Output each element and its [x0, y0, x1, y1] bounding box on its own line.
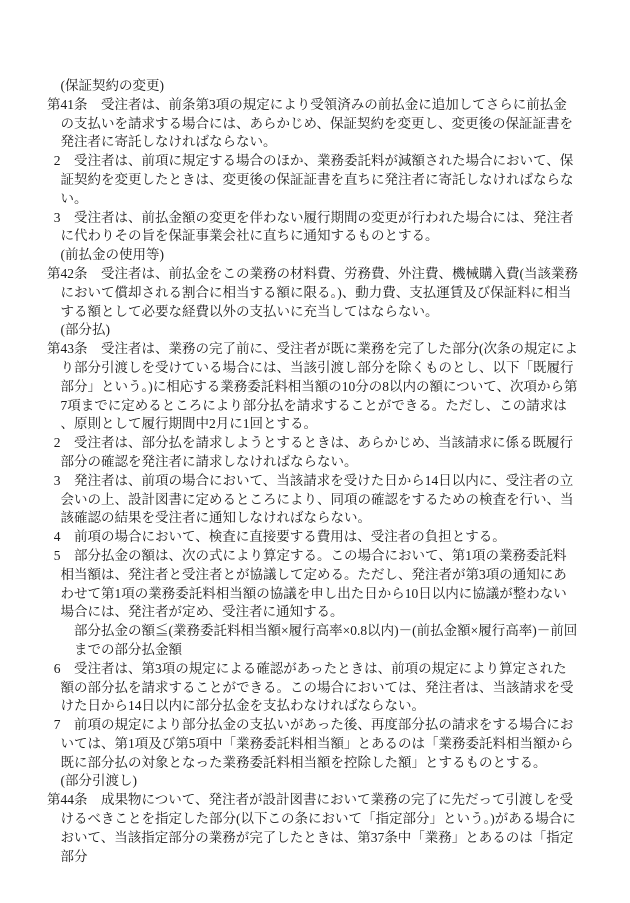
item-number: 5: [54, 548, 61, 563]
item-number: 6: [54, 661, 61, 676]
section-heading: (保証契約の変更): [47, 77, 578, 96]
item-number: 3: [54, 473, 61, 488]
article-number: 第42条: [47, 266, 88, 281]
item-number: 2: [54, 435, 61, 450]
item-number: 3: [54, 210, 61, 225]
article-paragraph: 第41条受注者は、前条第3項の規定により受領済みの前払金に追加してさらに前払金の…: [47, 96, 578, 152]
paragraph-text: 前項の場合において、検査に直接要する費用は、受注者の負担とする。: [74, 529, 506, 544]
section-heading: (部分引渡し): [47, 772, 578, 791]
paragraph-text: 成果物について、発注者が設計図書において業務の完了に先だって引渡しを受けるべきこ…: [61, 792, 576, 863]
article-number: 第44条: [47, 792, 88, 807]
section-heading: (部分払): [47, 321, 578, 340]
section-heading: (前払金の使用等): [47, 246, 578, 265]
paragraph-text: 受注者は、部分払を請求しようとするときは、あらかじめ、当該請求に係る既履行部分の…: [61, 435, 573, 469]
article-paragraph: 第43条受注者は、業務の完了前に、受注者が既に業務を完了した部分(次条の規定によ…: [47, 340, 578, 434]
paragraph-text: 部分払金の額は、次の式により算定する。この場合において、第1項の業務委託料相当額…: [61, 548, 567, 619]
paragraph-text: 受注者は、前項に規定する場合のほか、業務委託料が減額された場合において、保証契約…: [61, 153, 574, 206]
paragraph-text: 受注者は、前払金額の変更を伴わない履行期間の変更が行われた場合には、発注者に代わ…: [61, 210, 574, 244]
item-paragraph: 2受注者は、前項に規定する場合のほか、業務委託料が減額された場合において、保証契…: [47, 152, 578, 208]
item-number: 4: [54, 529, 61, 544]
partial-payment-formula: 部分払金の額≦(業務委託料相当額×履行高率×0.8以内)－(前払金額×履行高率)…: [47, 622, 578, 660]
paragraph-text: 受注者は、前条第3項の規定により受領済みの前払金に追加してさらに前払金の支払いを…: [61, 97, 573, 150]
item-paragraph: 4前項の場合において、検査に直接要する費用は、受注者の負担とする。: [47, 528, 578, 547]
item-paragraph: 6受注者は、第3項の規定による確認があったときは、前項の規定により算定された額の…: [47, 660, 578, 716]
article-paragraph: 第42条受注者は、前払金をこの業務の材料費、労務費、外注費、機械購入費(当該業務…: [47, 265, 578, 321]
item-paragraph: 2受注者は、部分払を請求しようとするときは、あらかじめ、当該請求に係る既履行部分…: [47, 434, 578, 472]
paragraph-text: 前項の規定により部分払金の支払いがあった後、再度部分払の請求をする場合においては…: [61, 717, 574, 770]
paragraph-text: 受注者は、第3項の規定による確認があったときは、前項の規定により算定された額の部…: [61, 661, 574, 714]
contract-document-page: (保証契約の変更) 第41条受注者は、前条第3項の規定により受領済みの前払金に追…: [0, 0, 630, 903]
section-heading-text: (部分払): [61, 322, 111, 337]
section-heading-text: (保証契約の変更): [61, 78, 165, 93]
section-heading-text: (部分引渡し): [61, 773, 138, 788]
item-paragraph: 5部分払金の額は、次の式により算定する。この場合において、第1項の業務委託料相当…: [47, 547, 578, 622]
item-paragraph: 3発注者は、前項の場合において、当該請求を受けた日から14日以内に、受注者の立会…: [47, 472, 578, 528]
paragraph-text: 受注者は、前払金をこの業務の材料費、労務費、外注費、機械購入費(当該業務において…: [61, 266, 579, 319]
formula-text: 部分払金の額≦(業務委託料相当額×履行高率×0.8以内)－(前払金額×履行高率)…: [74, 623, 577, 657]
paragraph-text: 受注者は、業務の完了前に、受注者が既に業務を完了した部分(次条の規定により部分引…: [61, 341, 579, 431]
paragraph-text: 発注者は、前項の場合において、当該請求を受けた日から14日以内に、受注者の立会い…: [61, 473, 574, 526]
article-number: 第43条: [47, 341, 88, 356]
section-heading-text: (前払金の使用等): [61, 247, 165, 262]
article-number: 第41条: [47, 97, 88, 112]
item-paragraph: 7前項の規定により部分払金の支払いがあった後、再度部分払の請求をする場合において…: [47, 716, 578, 772]
item-number: 7: [54, 717, 61, 732]
item-paragraph: 3受注者は、前払金額の変更を伴わない履行期間の変更が行われた場合には、発注者に代…: [47, 209, 578, 247]
article-paragraph: 第44条成果物について、発注者が設計図書において業務の完了に先だって引渡しを受け…: [47, 791, 578, 866]
item-number: 2: [54, 153, 61, 168]
